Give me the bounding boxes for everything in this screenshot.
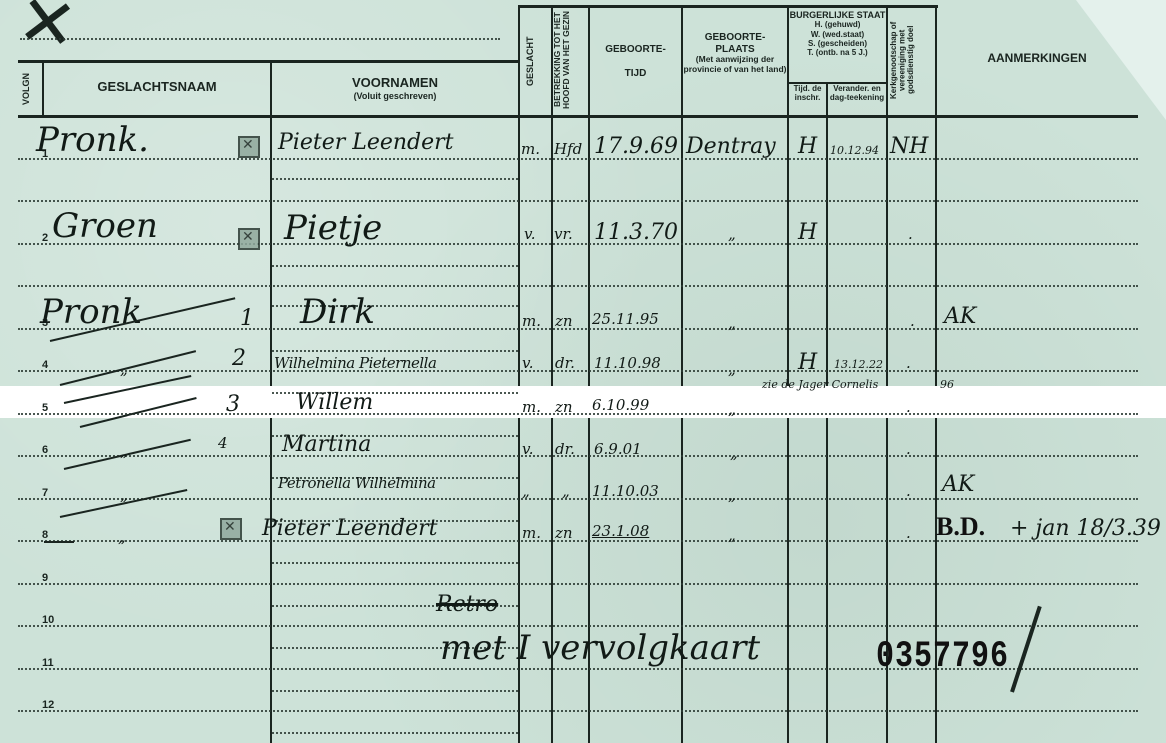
header-volgno: VOLGN bbox=[22, 66, 36, 112]
civil-status: H bbox=[798, 134, 817, 159]
birth-place: Dentray bbox=[686, 134, 776, 159]
row-line-4 bbox=[18, 370, 1138, 372]
status-change-date: 10.12.94 bbox=[830, 144, 879, 157]
birth-place: „ bbox=[730, 444, 738, 462]
remarks-stamp: B.D. bbox=[936, 512, 985, 542]
row-number: 6 bbox=[42, 444, 48, 456]
row-line-1b bbox=[18, 200, 1138, 202]
given-names: Martina bbox=[282, 432, 371, 457]
child-number: 1 bbox=[240, 306, 254, 331]
sex: v. bbox=[524, 225, 535, 243]
sex: m. bbox=[521, 140, 540, 158]
row-number: 4 bbox=[42, 359, 48, 371]
remarks: AK bbox=[942, 472, 974, 497]
ditto-dash bbox=[44, 541, 74, 543]
relation: „ bbox=[562, 482, 570, 500]
row-number: 12 bbox=[42, 699, 54, 711]
row-number: 5 bbox=[42, 402, 48, 414]
header-geslacht: GESLACHT bbox=[526, 10, 544, 112]
row-line-7 bbox=[18, 498, 1138, 500]
row-number: 9 bbox=[42, 572, 48, 584]
church: . bbox=[906, 398, 911, 416]
church: . bbox=[906, 440, 911, 458]
surname: „ bbox=[120, 442, 128, 460]
birth-date: 17.9.69 bbox=[594, 134, 678, 159]
voornamen-subline bbox=[272, 265, 518, 267]
civil-status: H bbox=[798, 350, 817, 375]
child-number: 4 bbox=[218, 434, 228, 452]
ditto-strike bbox=[60, 350, 196, 386]
stamp-icon bbox=[220, 518, 242, 540]
church: NH bbox=[890, 134, 928, 159]
birth-date: 6.10.99 bbox=[592, 396, 649, 414]
stamp-icon bbox=[238, 136, 260, 158]
surname: Pronk bbox=[40, 292, 142, 332]
given-names: Dirk bbox=[300, 292, 375, 332]
birth-place: „ bbox=[728, 400, 736, 418]
relation: zn bbox=[555, 524, 573, 542]
birth-place: „ bbox=[728, 225, 736, 243]
row-line-6 bbox=[18, 455, 1138, 457]
given-names: Pieter Leendert bbox=[278, 130, 454, 155]
relation: zn bbox=[555, 398, 573, 416]
struck-out-word: Retro bbox=[436, 592, 498, 617]
church: . bbox=[906, 354, 911, 372]
header-bs-w: W. (wed.staat) bbox=[789, 30, 886, 39]
col-line-kerkgenootschap bbox=[886, 5, 888, 743]
surname: Groen bbox=[52, 206, 158, 246]
given-names: Pieter Leendert bbox=[262, 516, 438, 541]
header-geboorteplaats-line1: GEBOORTE- bbox=[683, 32, 787, 44]
row-line-12 bbox=[18, 710, 1138, 712]
given-names: Petronella Wilhelmina bbox=[278, 474, 436, 492]
header-bs-h: H. (gehuwd) bbox=[789, 20, 886, 29]
header-voornamen-sub: (Voluit geschreven) bbox=[272, 91, 518, 101]
card-number: 0357796 bbox=[876, 636, 1009, 679]
header-bs-t: T. (ontb. na 5 J.) bbox=[789, 48, 886, 57]
sex: „ bbox=[522, 482, 530, 500]
header-geboorteplaats: GEBOORTE- PLAATS (Met aanwijzing der pro… bbox=[683, 32, 787, 75]
voornamen-subline bbox=[272, 732, 518, 734]
relation: dr. bbox=[555, 354, 575, 372]
surname: Pronk. bbox=[36, 120, 149, 160]
header-kerkgenootschap: Kerkgenootschap of vereeniging met godsd… bbox=[890, 8, 932, 112]
header-geboortetijd: GEBOORTE- TIJD bbox=[590, 44, 681, 79]
header-geboorteplaats-sub: (Met aanwijzing der provincie of van het… bbox=[683, 55, 787, 75]
header-burgerlijke-staat: BURGERLIJKE STAAT H. (gehuwd) W. (wed.st… bbox=[789, 10, 886, 57]
row-number: 7 bbox=[42, 487, 48, 499]
voornamen-subline bbox=[272, 350, 518, 352]
child-number: 2 bbox=[232, 346, 246, 371]
birth-place: „ bbox=[728, 526, 736, 544]
continuation-note: met I vervolgkaart bbox=[440, 628, 760, 668]
given-names: Wilhelmina Pieternella bbox=[274, 354, 436, 372]
birth-date: 6.9.01 bbox=[594, 440, 642, 458]
header-geboortetijd-line2: TIJD bbox=[590, 68, 681, 80]
relation: vr. bbox=[554, 225, 573, 243]
relation: dr. bbox=[555, 440, 575, 458]
church: . bbox=[906, 524, 911, 542]
stamp-icon bbox=[238, 228, 260, 250]
cross-reference-note: zie de Jager Cornelis bbox=[762, 378, 878, 391]
header-burgerlijke-staat-title: BURGERLIJKE STAAT bbox=[789, 10, 886, 20]
voornamen-subline bbox=[272, 178, 518, 180]
top-dotted-line bbox=[20, 38, 500, 40]
row-number: 2 bbox=[42, 232, 48, 244]
header-aanmerkingen: AANMERKINGEN bbox=[937, 52, 1137, 66]
row-line-5 bbox=[18, 413, 1138, 415]
church: . bbox=[906, 482, 911, 500]
row-line-2 bbox=[18, 243, 1138, 245]
birth-place: „ bbox=[728, 314, 736, 332]
sex: m. bbox=[522, 398, 541, 416]
row-line-10 bbox=[18, 625, 1138, 627]
col-line-burgerlijke-staat bbox=[787, 5, 789, 743]
birth-place: „ bbox=[728, 486, 736, 504]
birth-date: 23.1.08 bbox=[592, 522, 649, 540]
row-number: 8 bbox=[42, 529, 48, 541]
cross-mark-icon: ✕ bbox=[13, 0, 82, 68]
remarks: AK bbox=[944, 304, 976, 329]
church: . bbox=[908, 225, 913, 243]
header-bottom-border bbox=[18, 115, 1138, 118]
row-line-9 bbox=[18, 583, 1138, 585]
row-number: 10 bbox=[42, 614, 54, 626]
surname: „ bbox=[120, 360, 128, 378]
header-verandering: Verander. en dag-teekening bbox=[828, 84, 886, 102]
status-change-date: 13.12.22 bbox=[834, 358, 883, 371]
closing-slash-mark bbox=[1010, 606, 1042, 693]
remarks-death-note: + jan 18/3.39 bbox=[1010, 516, 1161, 541]
header-voornamen: VOORNAMEN (Voluit geschreven) bbox=[272, 76, 518, 101]
birth-date: 11.10.03 bbox=[592, 482, 659, 500]
voornamen-subline bbox=[272, 690, 518, 692]
header-voornamen-label: VOORNAMEN bbox=[352, 75, 438, 90]
family-registration-card: ✕ VOLGN GESLACHTSNAAM VOORNAMEN (Voluit … bbox=[0, 0, 1166, 743]
child-number: 3 bbox=[226, 392, 240, 417]
sex: v. bbox=[522, 354, 533, 372]
row-line-1 bbox=[18, 158, 1138, 160]
row-line-2b bbox=[18, 285, 1138, 287]
birth-place: „ bbox=[728, 360, 736, 378]
relation: Hfd bbox=[554, 140, 582, 158]
birth-date: 11.10.98 bbox=[594, 354, 661, 372]
header-top-border-left bbox=[18, 60, 518, 63]
header-geslachtsnaam: GESLACHTSNAAM bbox=[44, 80, 270, 95]
church: . bbox=[910, 312, 915, 330]
row-number: 11 bbox=[42, 657, 54, 669]
header-geboortetijd-line1: GEBOORTE- bbox=[590, 44, 681, 56]
col-line-aanmerkingen bbox=[935, 5, 937, 743]
birth-date: 11.3.70 bbox=[594, 220, 678, 245]
sex: v. bbox=[522, 440, 533, 458]
voornamen-subline bbox=[272, 562, 518, 564]
given-names: Willem bbox=[296, 390, 373, 415]
surname: „ bbox=[120, 486, 128, 504]
relation: zn bbox=[555, 312, 573, 330]
sex: m. bbox=[522, 524, 541, 542]
cross-reference-tail: 96 bbox=[940, 378, 954, 391]
header-tijd-inschr: Tijd. de inschr. bbox=[789, 84, 826, 102]
header-betrekking: BETREKKING TOT HET HOOFD VAN HET GEZIN bbox=[553, 8, 586, 112]
surname: „ bbox=[118, 528, 126, 546]
header-bs-s: S. (gescheiden) bbox=[789, 39, 886, 48]
given-names: Pietje bbox=[284, 208, 382, 248]
civil-status: H bbox=[798, 220, 817, 245]
sex: m. bbox=[522, 312, 541, 330]
birth-date: 25.11.95 bbox=[592, 310, 659, 328]
